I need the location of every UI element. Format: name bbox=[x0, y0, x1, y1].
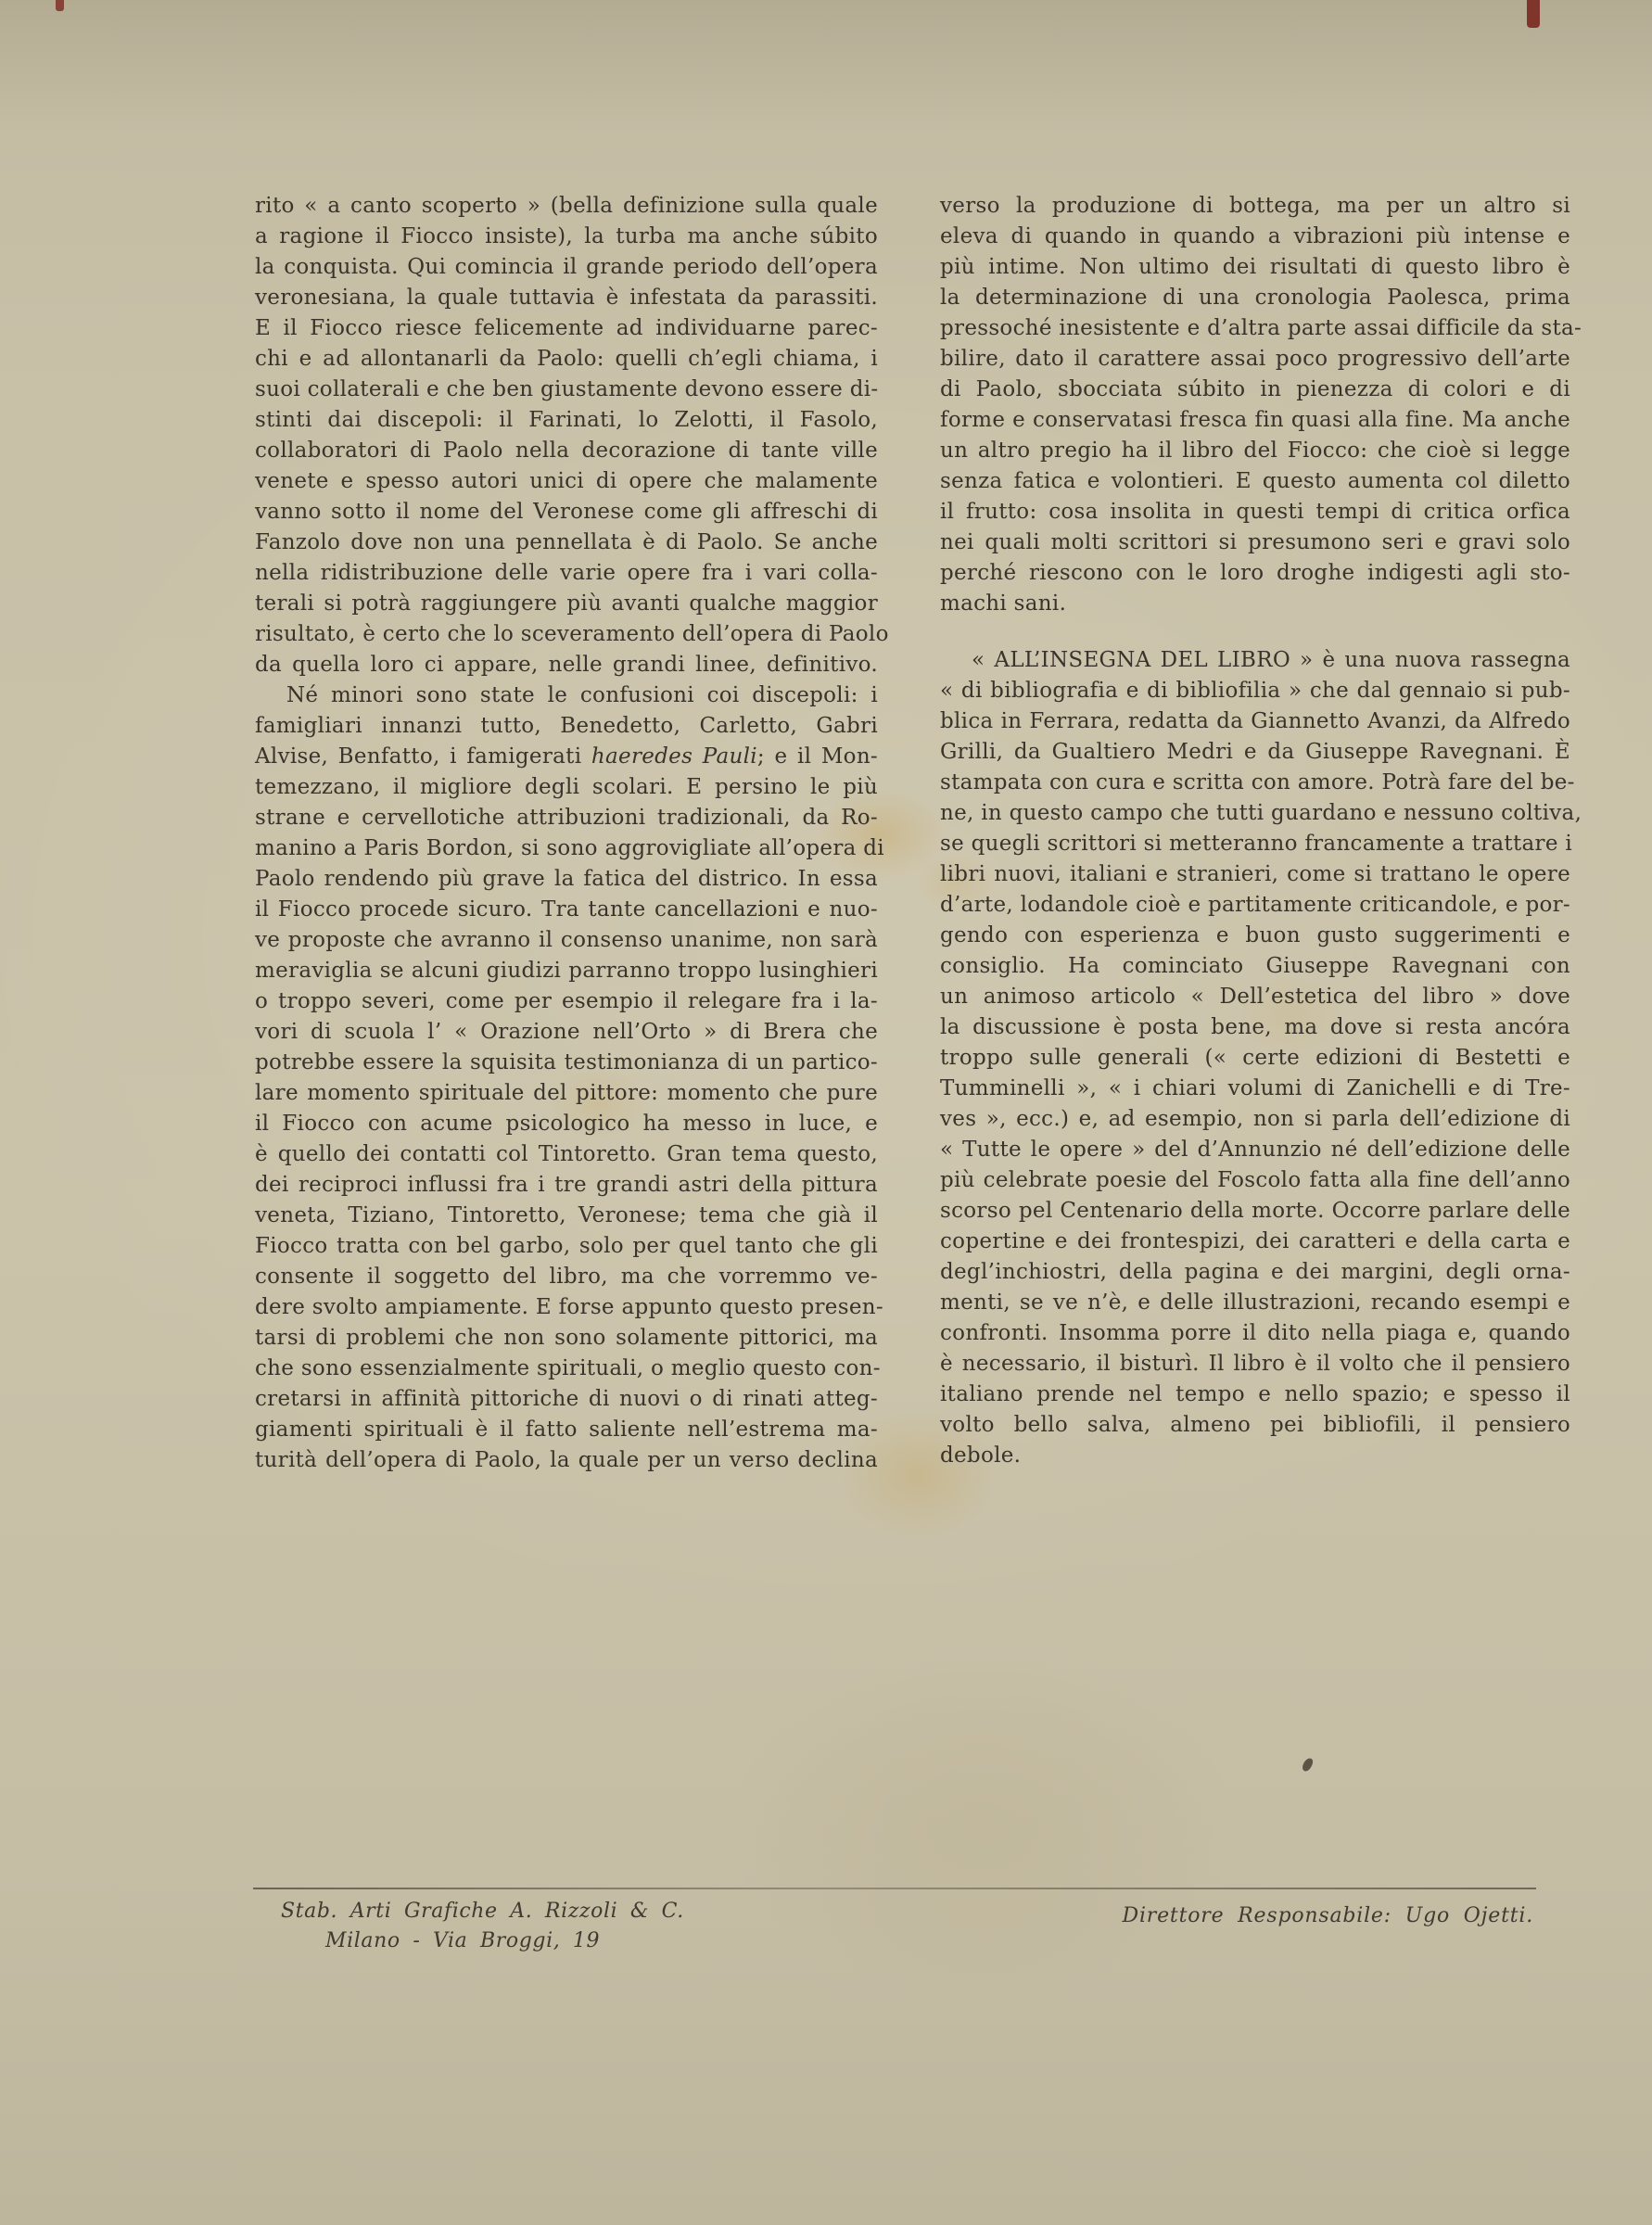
text-line: vanno sotto il nome del Veronese come gl… bbox=[255, 497, 878, 528]
text-line: E il Fiocco riesce felicemente ad indivi… bbox=[255, 313, 878, 344]
text-line: rito « a canto scoperto » (bella definiz… bbox=[255, 191, 878, 222]
text-line: chi e ad allontanarli da Paolo: quelli c… bbox=[255, 344, 878, 375]
paragraph: « ALL’INSEGNA DEL LIBRO » è una nuova ra… bbox=[940, 645, 1570, 1471]
text-line: se quegli scrittori si metteranno franca… bbox=[940, 829, 1570, 859]
text-line: Tumminelli », « i chiari volumi di Zanic… bbox=[940, 1074, 1570, 1104]
text-line: consente il soggetto del libro, ma che v… bbox=[255, 1262, 878, 1292]
text-line: nella ridistribuzione delle varie opere … bbox=[255, 558, 878, 589]
text-line: temezzano, il migliore degli scolari. E … bbox=[255, 772, 878, 803]
text-line: la conquista. Qui comincia il grande per… bbox=[255, 252, 878, 283]
right-text-column: verso la produzione di bottega, ma per u… bbox=[940, 191, 1570, 1471]
text-line: da quella loro ci appare, nelle grandi l… bbox=[255, 650, 878, 680]
text-line: il frutto: cosa insolita in questi tempi… bbox=[940, 497, 1570, 528]
text-line: più intime. Non ultimo dei risultati di … bbox=[940, 252, 1570, 283]
text-line: stampata con cura e scritta con amore. P… bbox=[940, 768, 1570, 798]
text-line: o troppo severi, come per esempio il rel… bbox=[255, 986, 878, 1017]
italic-text-segment: haeredes Pauli bbox=[591, 744, 757, 769]
text-line: italiano prende nel tempo e nello spazio… bbox=[940, 1379, 1570, 1410]
text-line: d’arte, lodandole cioè e partitamente cr… bbox=[940, 890, 1570, 921]
text-line: Grilli, da Gualtiero Medri e da Giuseppe… bbox=[940, 737, 1570, 768]
text-line: la determinazione di una cronologia Paol… bbox=[940, 283, 1570, 313]
text-line: libri nuovi, italiani e stranieri, come … bbox=[940, 859, 1570, 890]
text-line: famigliari innanzi tutto, Benedetto, Car… bbox=[255, 711, 878, 742]
text-line: degl’inchiostri, della pagina e dei marg… bbox=[940, 1257, 1570, 1288]
text-line: Paolo rendendo più grave la fatica del d… bbox=[255, 864, 878, 895]
text-line: verso la produzione di bottega, ma per u… bbox=[940, 191, 1570, 222]
text-line: più celebrate poesie del Foscolo fatta a… bbox=[940, 1165, 1570, 1196]
text-line: a ragione il Fiocco insiste), la turba m… bbox=[255, 222, 878, 252]
text-line: nei quali molti scrittori si presumono s… bbox=[940, 528, 1570, 558]
text-line: Fiocco tratta con bel garbo, solo per qu… bbox=[255, 1231, 878, 1262]
text-line: suoi collaterali e che ben giustamente d… bbox=[255, 375, 878, 405]
text-line: potrebbe essere la squisita testimonianz… bbox=[255, 1048, 878, 1078]
text-line: turità dell’opera di Paolo, la quale per… bbox=[255, 1445, 878, 1476]
text-line: senza fatica e volontieri. E questo aume… bbox=[940, 466, 1570, 497]
text-line: lare momento spirituale del pittore: mom… bbox=[255, 1078, 878, 1109]
text-line: dere svolto ampiamente. E forse appunto … bbox=[255, 1292, 878, 1323]
text-line: troppo sulle generali (« certe edizioni … bbox=[940, 1043, 1570, 1074]
ink-speck bbox=[1301, 1757, 1314, 1773]
red-edge-mark-left bbox=[56, 0, 64, 11]
text-line: la discussione è posta bene, ma dove si … bbox=[940, 1012, 1570, 1043]
text-line: pressoché inesistente e d’altra parte as… bbox=[940, 313, 1570, 344]
text-line: « di bibliografia e di bibliofilia » che… bbox=[940, 676, 1570, 706]
text-line: menti, se ve n’è, e delle illustrazioni,… bbox=[940, 1288, 1570, 1318]
text-line: copertine e dei frontespizi, dei caratte… bbox=[940, 1227, 1570, 1257]
text-segment: Alvise, Benfatto, i famigerati bbox=[255, 744, 591, 769]
paper-stain bbox=[723, 1650, 1242, 2002]
text-line: veneta, Tiziano, Tintoretto, Veronese; t… bbox=[255, 1201, 878, 1231]
printer-imprint-line1: Stab. Arti Grafiche A. Rizzoli & C. bbox=[281, 1897, 684, 1926]
text-line: di Paolo, sbocciata súbito in pienezza d… bbox=[940, 375, 1570, 405]
printer-imprint: Stab. Arti Grafiche A. Rizzoli & C. Mila… bbox=[281, 1897, 684, 1956]
text-line: veronesiana, la quale tuttavia è infesta… bbox=[255, 283, 878, 313]
text-line: Né minori sono state le confusioni coi d… bbox=[255, 680, 878, 711]
text-line: bilire, dato il carattere assai poco pro… bbox=[940, 344, 1570, 375]
text-line: Fanzolo dove non una pennellata è di Pao… bbox=[255, 528, 878, 558]
text-line: tarsi di problemi che non sono solamente… bbox=[255, 1323, 878, 1354]
red-edge-mark-right bbox=[1527, 0, 1540, 28]
text-line: collaboratori di Paolo nella decorazione… bbox=[255, 436, 878, 466]
text-line: vori di scuola l’ « Orazione nell’Orto »… bbox=[255, 1017, 878, 1048]
paragraph: Né minori sono state le confusioni coi d… bbox=[255, 680, 878, 1476]
text-line: scorso pel Centenario della morte. Occor… bbox=[940, 1196, 1570, 1227]
text-line: meraviglia se alcuni giudizi parranno tr… bbox=[255, 956, 878, 986]
text-line: il Fiocco con acume psicologico ha messo… bbox=[255, 1109, 878, 1139]
text-line: machi sani. bbox=[940, 589, 1570, 619]
left-text-column: rito « a canto scoperto » (bella definiz… bbox=[255, 191, 878, 1476]
text-line: un animoso articolo « Dell’estetica del … bbox=[940, 982, 1570, 1012]
paragraph: rito « a canto scoperto » (bella definiz… bbox=[255, 191, 878, 680]
text-line: venete e spesso autori unici di opere ch… bbox=[255, 466, 878, 497]
text-line: confronti. Insomma porre il dito nella p… bbox=[940, 1318, 1570, 1349]
text-line: un altro pregio ha il libro del Fiocco: … bbox=[940, 436, 1570, 466]
text-line: Alvise, Benfatto, i famigerati haeredes … bbox=[255, 742, 878, 772]
text-line: è quello dei contatti col Tintoretto. Gr… bbox=[255, 1139, 878, 1170]
text-line: blica in Ferrara, redatta da Giannetto A… bbox=[940, 706, 1570, 737]
paragraph: verso la produzione di bottega, ma per u… bbox=[940, 191, 1570, 619]
text-line: cretarsi in affinità pittoriche di nuovi… bbox=[255, 1384, 878, 1415]
text-line: è necessario, il bisturì. Il libro è il … bbox=[940, 1349, 1570, 1379]
text-line: terali si potrà raggiungere più avanti q… bbox=[255, 589, 878, 619]
text-line: debole. bbox=[940, 1441, 1570, 1471]
text-line: eleva di quando in quando a vibrazioni p… bbox=[940, 222, 1570, 252]
text-line: forme e conservatasi fresca fin quasi al… bbox=[940, 405, 1570, 436]
text-line: perché riescono con le loro droghe indig… bbox=[940, 558, 1570, 589]
text-line: volto bello salva, almeno pei bibliofili… bbox=[940, 1410, 1570, 1441]
magazine-page: rito « a canto scoperto » (bella definiz… bbox=[0, 0, 1652, 2225]
text-segment: ; e il Mon- bbox=[757, 744, 878, 769]
text-line: « Tutte le opere » del d’Annunzio né del… bbox=[940, 1135, 1570, 1165]
text-line: che sono essenzialmente spirituali, o me… bbox=[255, 1354, 878, 1384]
text-line: strane e cervellotiche attribuzioni trad… bbox=[255, 803, 878, 833]
text-line: stinti dai discepoli: il Farinati, lo Ze… bbox=[255, 405, 878, 436]
text-line: giamenti spirituali è il fatto saliente … bbox=[255, 1415, 878, 1445]
text-line: dei reciproci influssi fra i tre grandi … bbox=[255, 1170, 878, 1201]
text-line: ne, in questo campo che tutti guardano e… bbox=[940, 798, 1570, 829]
text-line: il Fiocco procede sicuro. Tra tante canc… bbox=[255, 895, 878, 925]
director-credit: Direttore Responsabile: Ugo Ojetti. bbox=[1123, 1904, 1533, 1927]
text-line: ve proposte che avranno il consenso unan… bbox=[255, 925, 878, 956]
text-line: ves », ecc.) e, ad esempio, non si parla… bbox=[940, 1104, 1570, 1135]
text-line: manino a Paris Bordon, si sono aggrovigl… bbox=[255, 833, 878, 864]
text-line: risultato, è certo che lo sceveramento d… bbox=[255, 619, 878, 650]
text-line: consiglio. Ha cominciato Giuseppe Ravegn… bbox=[940, 951, 1570, 982]
text-line: « ALL’INSEGNA DEL LIBRO » è una nuova ra… bbox=[940, 645, 1570, 676]
text-line: gendo con esperienza e buon gusto sugger… bbox=[940, 921, 1570, 951]
footer-rule bbox=[253, 1888, 1536, 1889]
printer-imprint-line2: Milano - Via Broggi, 19 bbox=[281, 1926, 684, 1956]
